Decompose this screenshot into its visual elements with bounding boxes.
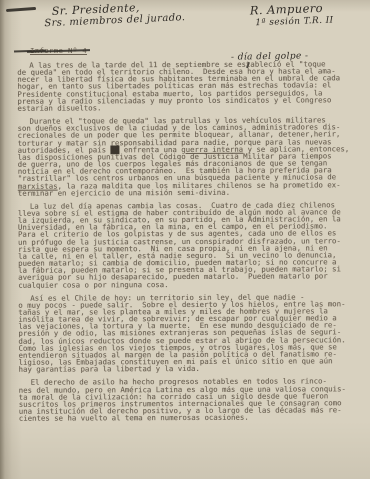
session-note: 1ª sesión T.R. II [255, 16, 334, 29]
struck-heading: Informe Nº 4 [30, 46, 87, 55]
document-page: Sr. Presidente, Srs. miembros del jurado… [0, 0, 370, 479]
paragraph: Durante el "toque de queda" las patrulla… [17, 116, 363, 196]
handwritten-addressee: Sr. Presidente, Srs. miembros del jurado… [52, 0, 186, 29]
author-name: R. Ampuero [250, 1, 334, 18]
text-line: terminar en ejercicio de una misión semi… [18, 188, 364, 197]
paragraph: El derecho de asilo ha hecho progresos n… [19, 378, 365, 422]
typewritten-body: A las tres de la tarde del 11 de septiem… [17, 60, 365, 428]
handwritten-author-note: R. Ampuero 1ª sesión T.R. II [250, 1, 334, 29]
pen-mark [6, 7, 36, 12]
struck-heading-text: Informe Nº 4 [30, 46, 87, 55]
text-line: hay garantías para la libertad y la vida… [19, 364, 365, 373]
paragraph: A las tres de la tarde del 11 de septiem… [17, 60, 363, 112]
text-line: cientes se ha vuelto al tema en numerosa… [19, 413, 365, 422]
paragraph: Así es el Chile de hoy: un territorio si… [18, 293, 364, 373]
paragraph: La luz del día apenas cambia las cosas. … [18, 201, 364, 288]
text-line: cualquier cosa o por ninguna cosa. [18, 280, 364, 289]
